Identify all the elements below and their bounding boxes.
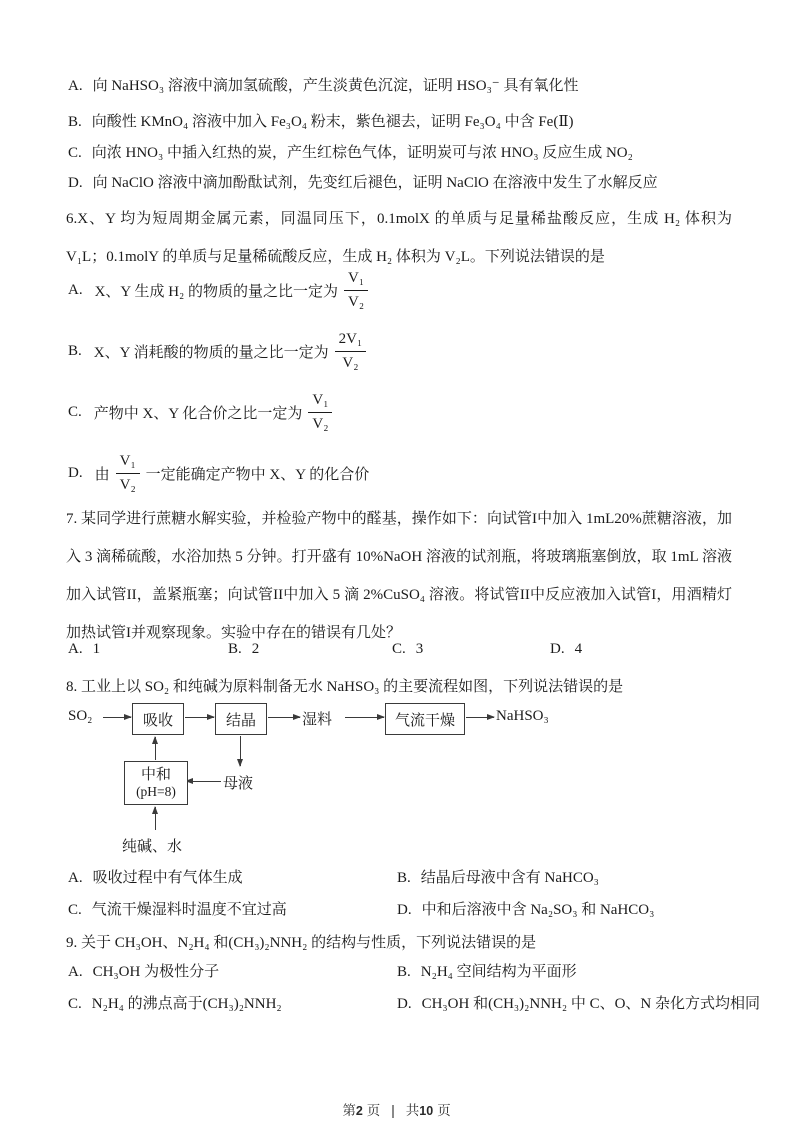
q8-option-c-label: C. xyxy=(68,902,82,919)
q6-option-d-post: 一定能确定产物中 X、Y 的化合价 xyxy=(146,463,370,484)
q8-option-b-text: 结晶后母液中含有 NaHCO₃ xyxy=(421,870,599,886)
q5-option-d-label: D. xyxy=(68,175,83,192)
q7-option-c: C.3 xyxy=(392,641,423,658)
page-footer: 第2页|共10页 xyxy=(0,1099,793,1119)
q8-option-b: B.结晶后母液中含有 NaHCO₃ xyxy=(397,866,599,887)
q9-option-b: B.N₂H₄ 空间结构为平面形 xyxy=(397,960,577,981)
footer-separator: | xyxy=(391,1103,395,1118)
q9-option-c-label: C. xyxy=(68,996,82,1013)
q7-option-a: A.1 xyxy=(68,641,100,658)
neutralize-box-label: 中和 xyxy=(141,766,171,784)
q5-option-c: C.向浓 HNO₃ 中插入红热的炭，产生红棕色气体，证明炭可与浓 HNO₃ 反应… xyxy=(68,141,633,162)
q7-stem: 7. 某同学进行蔗糖水解实验，并检验产物中的醛基，操作如下：向试管I中加入 1m… xyxy=(66,500,732,652)
q5-option-a-text: 向 NaHSO₃ 溶液中滴加氢硫酸，产生淡黄色沉淀，证明 HSO₃⁻ 具有氧化性 xyxy=(93,78,579,94)
q5-option-d: D.向 NaClO 溶液中滴加酚酞试剂，先变红后褪色，证明 NaClO 在溶液中… xyxy=(68,171,658,192)
q8-option-c-text: 气流干燥湿料时温度不宜过高 xyxy=(92,902,287,918)
q5-option-a: A.向 NaHSO₃ 溶液中滴加氢硫酸，产生淡黄色沉淀，证明 HSO₃⁻ 具有氧… xyxy=(68,74,578,95)
q9-option-c-text: N₂H₄ 的沸点高于(CH₃)₂NNH₂ xyxy=(92,996,282,1012)
arrow-crystallize-to-wet xyxy=(268,717,300,718)
q7-option-c-label: C. xyxy=(392,641,406,658)
arrow-absorb-to-crystallize xyxy=(185,717,214,718)
product-nahso3-label: NaHSO₃ xyxy=(496,708,549,725)
footer-total-prefix: 共 xyxy=(406,1103,420,1118)
mother-liquor-label: 母液 xyxy=(223,772,253,793)
arrow-so2-to-absorb xyxy=(103,717,131,718)
q7-option-d-label: D. xyxy=(550,641,565,658)
q9-option-c: C.N₂H₄ 的沸点高于(CH₃)₂NNH₂ xyxy=(68,992,282,1013)
q9-option-d-text: CH₃OH 和(CH₃)₂NNH₂ 中 C、O、N 杂化方式均相同 xyxy=(422,996,760,1012)
q5-option-b: B.向酸性 KMnO₄ 溶液中加入 Fe₃O₄ 粉末，紫色褪去，证明 Fe₃O₄… xyxy=(68,110,574,131)
q7-option-a-text: 1 xyxy=(93,641,101,657)
q9-stem: 9. 关于 CH₃OH、N₂H₄ 和(CH₃)₂NNH₂ 的结构与性质，下列说法… xyxy=(66,924,732,962)
q6-stem: 6.X、Y 均为短周期金属元素，同温同压下，0.1molX 的单质与足量稀盐酸反… xyxy=(66,200,732,276)
q8-option-c: C.气流干燥湿料时温度不宜过高 xyxy=(68,898,287,919)
q7-option-a-label: A. xyxy=(68,641,83,658)
arrow-soda-to-neutralize xyxy=(155,807,156,830)
q9-option-d-label: D. xyxy=(397,996,412,1013)
q6-option-d-fraction: V₁V₂ xyxy=(116,451,140,495)
q9-option-b-label: B. xyxy=(397,964,411,981)
q8-option-a-text: 吸收过程中有气体生成 xyxy=(93,870,243,886)
q9-option-a-label: A. xyxy=(68,964,83,981)
arrow-wet-to-dry xyxy=(345,717,384,718)
fraction-denominator: V₂ xyxy=(348,291,364,312)
arrow-dry-to-product xyxy=(466,717,494,718)
air-dry-box-label: 气流干燥 xyxy=(395,709,455,730)
q8-option-a: A.吸收过程中有气体生成 xyxy=(68,866,243,887)
wet-material-label: 湿料 xyxy=(302,708,332,729)
q7-option-d-text: 4 xyxy=(575,641,583,657)
q9-option-a-text: CH₃OH 为极性分子 xyxy=(93,964,219,980)
flow-so2-label: SO₂ xyxy=(68,708,92,725)
q6-option-b: B. X、Y 消耗酸的物质的量之比一定为 2V₁V₂ xyxy=(68,328,372,374)
q6-option-d: D. 由 V₁V₂ 一定能确定产物中 X、Y 的化合价 xyxy=(68,450,369,496)
arrow-crystallize-to-mother-liquor xyxy=(240,736,241,766)
q6-option-c-label: C. xyxy=(68,404,82,421)
footer-total-number: 10 xyxy=(419,1104,433,1118)
q6-option-a-fraction: V₁V₂ xyxy=(344,268,368,312)
fraction-denominator: V₂ xyxy=(342,352,358,373)
q9-option-b-text: N₂H₄ 空间结构为平面形 xyxy=(421,964,577,980)
q6-option-a-label: A. xyxy=(68,282,83,299)
q9-option-d: D.CH₃OH 和(CH₃)₂NNH₂ 中 C、O、N 杂化方式均相同 xyxy=(397,992,760,1013)
q5-option-c-text: 向浓 HNO₃ 中插入红热的炭，产生红棕色气体，证明炭可与浓 HNO₃ 反应生成… xyxy=(92,145,633,161)
q6-option-a: A. X、Y 生成 H₂ 的物质的量之比一定为 V₁V₂ xyxy=(68,267,374,313)
footer-page-prefix: 第 xyxy=(342,1103,356,1118)
soda-water-label: 纯碱、水 xyxy=(122,835,182,856)
q6-option-c: C. 产物中 X、Y 化合价之比一定为 V₁V₂ xyxy=(68,389,338,435)
q5-option-c-label: C. xyxy=(68,145,82,162)
q5-option-b-text: 向酸性 KMnO₄ 溶液中加入 Fe₃O₄ 粉末，紫色褪去，证明 Fe₃O₄ 中… xyxy=(92,114,574,130)
exam-page: A.向 NaHSO₃ 溶液中滴加氢硫酸，产生淡黄色沉淀，证明 HSO₃⁻ 具有氧… xyxy=(0,0,793,1122)
arrow-neutralize-to-absorb xyxy=(155,737,156,760)
q7-option-b: B.2 xyxy=(228,641,259,658)
arrow-mother-liquor-to-neutralize xyxy=(186,781,221,782)
footer-total-unit: 页 xyxy=(437,1103,451,1118)
footer-page-number: 2 xyxy=(356,1104,363,1118)
absorb-box: 吸收 xyxy=(132,703,184,735)
fraction-denominator: V₂ xyxy=(120,474,136,495)
q6-option-b-pre: X、Y 消耗酸的物质的量之比一定为 xyxy=(94,341,329,362)
q7-option-b-label: B. xyxy=(228,641,242,658)
q6-option-b-label: B. xyxy=(68,343,82,360)
fraction-denominator: V₂ xyxy=(312,413,328,434)
q5-option-a-label: A. xyxy=(68,78,83,95)
q8-flow-diagram: SO₂ 吸收 结晶 湿料 气流干燥 NaHSO₃ 母液 中和 (pH=8) 纯碱… xyxy=(66,695,606,863)
q8-option-b-label: B. xyxy=(397,870,411,887)
q8-option-d-label: D. xyxy=(397,902,412,919)
q6-option-d-pre: 由 xyxy=(95,463,110,484)
q9-option-a: A.CH₃OH 为极性分子 xyxy=(68,960,219,981)
air-dry-box: 气流干燥 xyxy=(385,703,465,735)
q6-option-b-fraction: 2V₁V₂ xyxy=(335,329,367,373)
crystallize-box-label: 结晶 xyxy=(226,709,256,730)
q6-option-c-fraction: V₁V₂ xyxy=(308,390,332,434)
q6-option-c-pre: 产物中 X、Y 化合价之比一定为 xyxy=(94,402,303,423)
q8-option-d-text: 中和后溶液中含 Na₂SO₃ 和 NaHCO₃ xyxy=(422,902,655,918)
q8-option-a-label: A. xyxy=(68,870,83,887)
q5-option-d-text: 向 NaClO 溶液中滴加酚酞试剂，先变红后褪色，证明 NaClO 在溶液中发生… xyxy=(93,175,658,191)
neutralize-box: 中和 (pH=8) xyxy=(124,761,188,805)
q7-option-c-text: 3 xyxy=(416,641,424,657)
q6-option-a-pre: X、Y 生成 H₂ 的物质的量之比一定为 xyxy=(95,280,338,301)
q5-option-b-label: B. xyxy=(68,114,82,131)
fraction-numerator: V₁ xyxy=(344,268,368,290)
fraction-numerator: V₁ xyxy=(116,451,140,473)
q7-option-d: D.4 xyxy=(550,641,582,658)
absorb-box-label: 吸收 xyxy=(143,709,173,730)
neutralize-box-ph-label: (pH=8) xyxy=(136,784,176,800)
fraction-numerator: 2V₁ xyxy=(335,329,367,351)
crystallize-box: 结晶 xyxy=(215,703,267,735)
q8-option-d: D.中和后溶液中含 Na₂SO₃ 和 NaHCO₃ xyxy=(397,898,654,919)
footer-page-unit: 页 xyxy=(367,1103,381,1118)
fraction-numerator: V₁ xyxy=(308,390,332,412)
q7-option-b-text: 2 xyxy=(252,641,260,657)
q6-option-d-label: D. xyxy=(68,465,83,482)
